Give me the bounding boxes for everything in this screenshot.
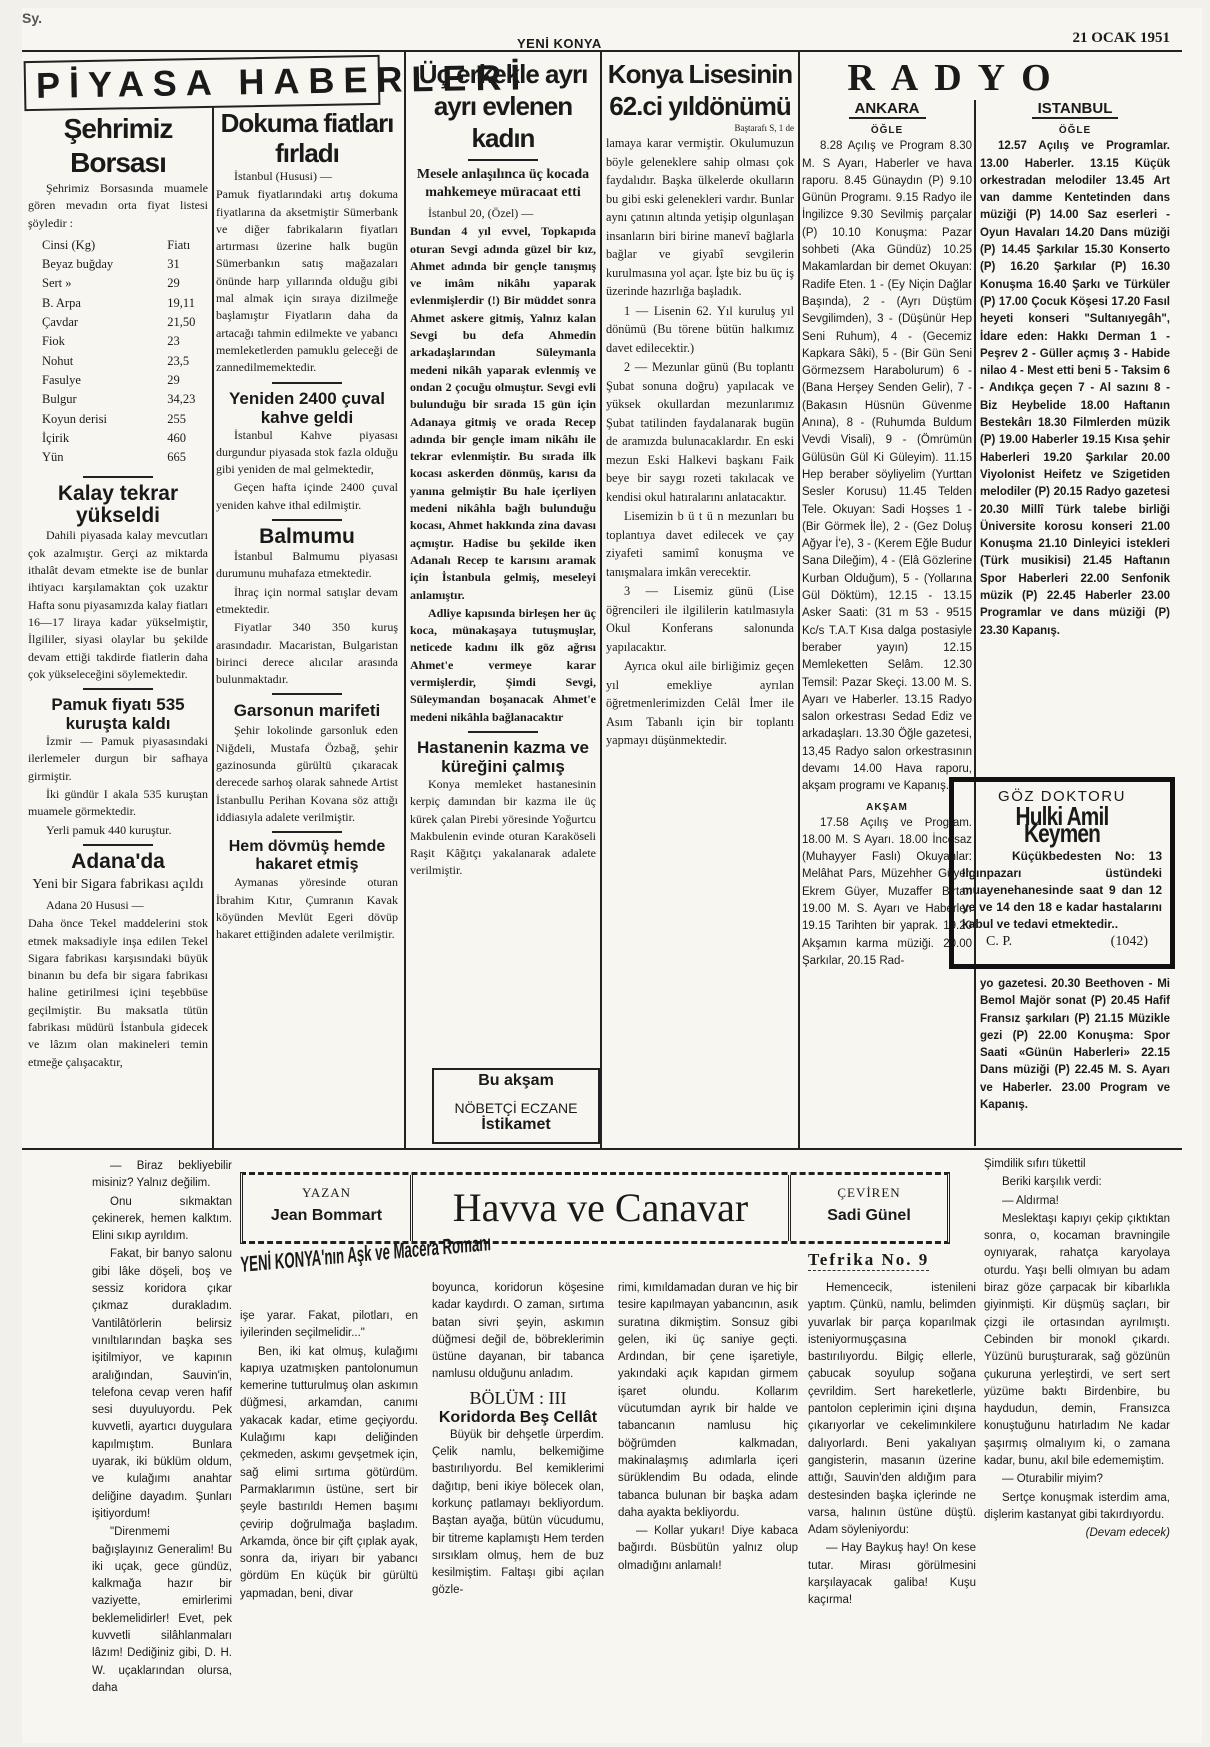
borsa-intro: Şehrimiz Borsasında muamele gören mevadı… <box>28 180 208 232</box>
serial-paragraph: — Kollar yukarı! Diye kabaca bağırdı. Bü… <box>618 1523 798 1575</box>
ankara-aksam-label: AKŞAM <box>802 802 972 813</box>
column-rule <box>974 100 976 1146</box>
borsa-price-table: Cinsi (Kg)Fiatı Beyaz buğday31 Sert »29 … <box>40 235 220 469</box>
page-number-fragment: Sy. <box>22 10 42 26</box>
radio-ankara-column: ANKARA ÖĞLE 8.28 Açılış ve Program 8.30 … <box>802 100 972 970</box>
continued-from: Baştarafı S, 1 de <box>606 122 794 134</box>
istanbul-ogle-label: ÖĞLE <box>980 125 1170 136</box>
article-lise-p1: lamaya karar vermiştir. Okulumuzun böyle… <box>606 134 794 301</box>
serial-banner: YAZAN Jean Bommart Havva ve Canavar ÇEVİ… <box>240 1172 950 1244</box>
subhead-uc-erkek: Mesele anlaşılınca üç kocada mahkemeye m… <box>410 166 596 202</box>
serial-paragraph: işe yarar. Fakat, pilotları, en iyilerin… <box>240 1308 418 1343</box>
serial-paragraph: Hemencecik, istenileni yaptım. Çünkü, na… <box>808 1280 976 1539</box>
table-row: İçirik460 <box>42 430 218 447</box>
article-dokuma: Pamuk fiyatlarındaki artış dokuma fiyatl… <box>216 186 398 376</box>
radio-section-title: RADYO <box>812 56 1102 100</box>
article-lise-p6: Ayrıca okul aile birliğimiz geçen yıl em… <box>606 657 794 750</box>
translator-label: ÇEVİREN <box>791 1185 947 1201</box>
serial-paragraph: Ben, iki kat olmuş, kulağımı kapıya uzat… <box>240 1344 418 1603</box>
serial-paragraph: — Oturabilir miyim? <box>984 1471 1170 1488</box>
serial-paragraph: rimi, kımıldamadan duran ve hiç bir tesi… <box>618 1280 798 1522</box>
subhead-adana: Yeni bir Sigara fabrikası açıldı <box>28 876 208 894</box>
column-rule <box>404 52 406 1148</box>
article-garson: Şehir lokolinde garsonluk eden Niğdeli, … <box>216 722 398 826</box>
serial-paragraph: Büyük bir dehşetle ürperdim. Çelik namlu… <box>432 1427 604 1600</box>
serial-column-2: işe yarar. Fakat, pilotları, en iyilerin… <box>240 1308 418 1604</box>
column-3: Üç erkekle ayrı ayrı evlenen kadın Mesel… <box>410 58 596 881</box>
article-lise-p3: 2 — Mezunlar günü (Bu toplantı Şubat son… <box>606 358 794 506</box>
article-kahve-p2: Geçen hafta içinde 2400 çuval yeniden ka… <box>216 479 398 514</box>
author-label: YAZAN <box>243 1185 410 1201</box>
serial-paragraph: boyunca, koridorun köşesine kadar kaydır… <box>432 1280 604 1384</box>
masthead: Sy. YENİ KONYA 21 OCAK 1951 <box>22 24 1182 52</box>
article-kahve-p1: İstanbul Kahve piyasası durgundur piyasa… <box>216 427 398 479</box>
serial-paragraph: Sertçe konuşmak isterdim ama, dişlerim k… <box>984 1490 1170 1525</box>
column-rule <box>212 106 214 1148</box>
column-2: Dokuma fiatları fırladı İstanbul (Hususi… <box>216 108 398 944</box>
pharmacy-label: NÖBETÇİ ECZANE <box>434 1100 598 1116</box>
table-row: Fiok23 <box>42 333 218 350</box>
article-hastane: Konya memleket hastanesinin kerpiç damın… <box>410 776 596 880</box>
ad-footer: C. P. (1042) <box>962 933 1162 950</box>
table-header: Cinsi (Kg)Fiatı <box>42 237 218 254</box>
divider <box>272 382 342 384</box>
translator-name: Sadi Günel <box>791 1207 947 1225</box>
divider <box>83 688 153 690</box>
table-row: B. Arpa19,11 <box>42 295 218 312</box>
dateline-uc-erkek: İstanbul 20, (Özel) — <box>410 205 596 222</box>
serial-paragraph: Fakat, bir banyo salonu gibi lâke döşeli… <box>92 1246 232 1523</box>
serial-column-6: Şimdilik sıfırı tükettil Beriki karşılık… <box>984 1156 1170 1543</box>
headline-hastane: Hastanenin kazma ve küreğini çalmış <box>410 738 596 776</box>
serial-paragraph: Şimdilik sıfırı tükettil <box>984 1156 1170 1173</box>
radio-city-ankara: ANKARA <box>849 100 926 119</box>
article-lise-p2: 1 — Lisenin 62. Yıl kuruluş yıl dönümü (… <box>606 302 794 358</box>
pharmacy-box: Bu akşam NÖBETÇİ ECZANE İstikamet <box>432 1068 600 1144</box>
headline-dovmus: Hem dövmüş hemde hakaret etmiş <box>216 838 398 874</box>
column-rule <box>600 52 602 1148</box>
article-balmumu-p1: İstanbul Balmumu piyasası durumunu muhaf… <box>216 548 398 583</box>
headline-balmumu: Balmumu <box>216 526 398 548</box>
headline-borsa: Şehrimiz Borsası <box>28 112 208 180</box>
table-row: Yün665 <box>42 449 218 466</box>
serial-column-4: rimi, kımıldamadan duran ve hiç bir tesi… <box>618 1280 798 1576</box>
divider <box>272 693 342 695</box>
ad-doctor-name: Hulki Amil Keymen <box>982 808 1142 842</box>
radio-city-istanbul: ISTANBUL <box>1032 100 1119 119</box>
ankara-ogle-label: ÖĞLE <box>802 125 972 136</box>
dateline-adana: Adana 20 Hususi — <box>28 897 208 914</box>
serial-column-5: Hemencecik, istenileni yaptım. Çünkü, na… <box>808 1280 976 1611</box>
divider <box>272 519 342 521</box>
article-uc-erkek-p2: Adliye kapısında birleşen her üç koca, m… <box>410 605 596 726</box>
table-row: Nohut23,5 <box>42 353 218 370</box>
serial-column-3: boyunca, koridorun köşesine kadar kaydır… <box>432 1280 604 1601</box>
table-row: Bulgur34,23 <box>42 391 218 408</box>
article-dovmus: Aymanas yöresinde oturan İbrahim Kıtır, … <box>216 874 398 943</box>
chapter-title: Koridorda Beş Cellât <box>432 1409 604 1427</box>
article-kalay: Dahili piyasada kalay mevcutları çok aza… <box>28 527 208 683</box>
ad-body: Küçükbedesten No: 13 Ilgınpazarı üstünde… <box>962 848 1162 933</box>
headline-kahve: Yeniden 2400 çuval kahve geldi <box>216 389 398 427</box>
pharmacy-name: İstikamet <box>434 1116 598 1134</box>
table-row: Çavdar21,50 <box>42 314 218 331</box>
serial-paragraph: Meslektaşı kapıyı çekip çıktıktan sonra,… <box>984 1211 1170 1470</box>
serial-translator-cell: ÇEVİREN Sadi Günel <box>788 1175 947 1241</box>
article-balmumu-p2: İhraç için normal satışlar devam etmekte… <box>216 584 398 619</box>
headline-garson: Garsonun marifeti <box>216 700 398 722</box>
headline-uc-erkek: Üç erkekle ayrı ayrı evlenen kadın <box>410 58 596 154</box>
column-rule <box>798 52 800 1148</box>
table-row: Koyun derisi255 <box>42 411 218 428</box>
serial-column-1: — Biraz bekliyebilir misiniz? Yalnız değ… <box>92 1158 232 1698</box>
divider <box>83 476 153 478</box>
article-pamuk-p1: İzmir — Pamuk piyasasındaki ilerlemeler … <box>28 733 208 785</box>
newspaper-page: Sy. YENİ KONYA 21 OCAK 1951 PİYASA HABER… <box>22 8 1202 1743</box>
article-lise-p5: 3 — Lisemiz günü (Lise öğrencileri ile i… <box>606 582 794 656</box>
radio-istanbul-column: ISTANBUL ÖĞLE 12.57 Açılış ve Programlar… <box>980 100 1170 640</box>
divider <box>83 844 153 846</box>
headline-adana: Adana'da <box>28 851 208 873</box>
headline-lise: Konya Lisesinin 62.ci yıldönümü <box>606 58 794 122</box>
serial-paragraph: — Biraz bekliyebilir misiniz? Yalnız değ… <box>92 1158 232 1193</box>
article-adana: Daha önce Tekel maddelerini stok etmek m… <box>28 915 208 1071</box>
serial-paragraph: Beriki karşılık verdi: <box>984 1174 1170 1191</box>
divider <box>468 731 538 733</box>
table-row: Beyaz buğday31 <box>42 256 218 273</box>
table-row: Fasulye29 <box>42 372 218 389</box>
serial-paragraph: — Hay Baykuş hay! On kese tutar. Mirası … <box>808 1540 976 1609</box>
newspaper-name: YENİ KONYA <box>517 36 602 51</box>
ad-ref-number: (1042) <box>1111 933 1148 950</box>
divider <box>468 159 538 161</box>
headline-pamuk: Pamuk fiyatı 535 kuruşta kaldı <box>28 695 208 733</box>
divider <box>272 831 342 833</box>
section-divider <box>22 1148 1182 1150</box>
ankara-ogle-program: 8.28 Açılış ve Program 8.30 M. S Ayarı, … <box>802 138 972 795</box>
table-row: Sert »29 <box>42 275 218 292</box>
radio-istanbul-continued: yo gazetesi. 20.30 Beethoven - Mi Bemol … <box>980 976 1170 1114</box>
article-pamuk-p2: İki gündür I akala 535 kuruştan muamele … <box>28 786 208 821</box>
serial-paragraph: Onu sıkmaktan çekinerek, hemen kalktım. … <box>92 1194 232 1246</box>
article-uc-erkek-p1: Bundan 4 yıl evvel, Topkapıda oturan Sev… <box>410 223 596 604</box>
headline-dokuma: Dokuma fiatları fırladı <box>216 108 398 168</box>
serial-paragraph: — Aldırma! <box>984 1193 1170 1210</box>
article-pamuk-p3: Yerli pamuk 440 kuruştur. <box>28 822 208 839</box>
ad-code: C. P. <box>986 933 1012 950</box>
pharmacy-tonight-label: Bu akşam <box>434 1072 598 1090</box>
author-name: Jean Bommart <box>243 1207 410 1225</box>
serial-episode: Tefrika No. 9 <box>808 1250 929 1271</box>
headline-kalay: Kalay tekrar yükseldi <box>28 483 208 527</box>
istanbul-ogle-program: 12.57 Açılış ve Programlar. 13.00 Haberl… <box>980 138 1170 640</box>
dateline-dokuma: İstanbul (Hususi) — <box>216 168 398 185</box>
ankara-aksam-program: 17.58 Açılış ve Program. 18.00 M. S Ayar… <box>802 815 972 971</box>
chapter-number: BÖLÜM : III <box>432 1388 604 1409</box>
section-title-piyasa-haberleri: PİYASA HABERLERİ <box>24 55 381 111</box>
article-lise-p4: Lisemizin b ü t ü n mezunları bu toplant… <box>606 507 794 581</box>
issue-date: 21 OCAK 1951 <box>1073 30 1171 47</box>
article-balmumu-p3: Fiyatlar 340 350 kuruş arasındadır. Maca… <box>216 619 398 688</box>
column-1: Şehrimiz Borsası Şehrimiz Borsasında mua… <box>28 112 208 1072</box>
serial-paragraph: "Direnmemi bağışlayınız Generalim! Bu ik… <box>92 1524 232 1697</box>
to-be-continued: (Devam edecek) <box>984 1525 1170 1542</box>
istanbul-program-continued: yo gazetesi. 20.30 Beethoven - Mi Bemol … <box>980 976 1170 1114</box>
serial-author-cell: YAZAN Jean Bommart <box>243 1175 413 1241</box>
column-4: Konya Lisesinin 62.ci yıldönümü Baştaraf… <box>606 58 794 751</box>
eye-doctor-advertisement: GÖZ DOKTORU Hulki Amil Keymen Küçükbedes… <box>949 777 1175 969</box>
